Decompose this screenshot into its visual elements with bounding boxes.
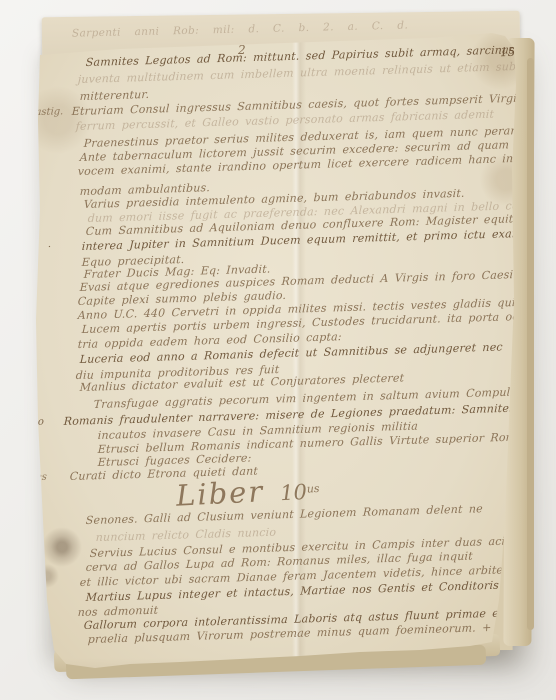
manuscript-line: Senones. Galli ad Clusium veniunt Legion… <box>85 503 483 527</box>
heading-word: Liber <box>175 474 265 513</box>
margin-note: Castig. <box>28 106 64 119</box>
page-number: 15 <box>500 45 516 60</box>
margin-note: quies <box>20 472 48 484</box>
page-edges-right-outer <box>527 58 534 630</box>
manuscript-line-text: Senones. Galli ad Clusium veniunt Legion… <box>86 502 484 527</box>
manuscript-line: mitterentur. <box>79 89 149 104</box>
margin-note: · <box>48 242 52 254</box>
handwriting-layer: 15 2 Liber10us Samnites Legatos ad Rom: … <box>0 0 556 700</box>
manuscript-page: 15 2 Liber10us Samnites Legatos ad Rom: … <box>0 0 556 700</box>
heading-ordinal-suffix: us <box>306 482 319 496</box>
heading-number: 10 <box>280 480 308 505</box>
margin-note: proditio <box>4 417 44 430</box>
photo-of-manuscript: Sarpenti anni Rob: mil: d. C. b. 2. a. C… <box>0 0 556 700</box>
manuscript-line-text: mitterentur. <box>80 88 150 103</box>
book-heading: Liber10us <box>175 474 320 510</box>
previous-leaf-text: Sarpenti anni Rob: mil: d. C. b. 2. a. C… <box>72 19 409 39</box>
interlinear-insert-mark: 2 <box>238 43 246 57</box>
